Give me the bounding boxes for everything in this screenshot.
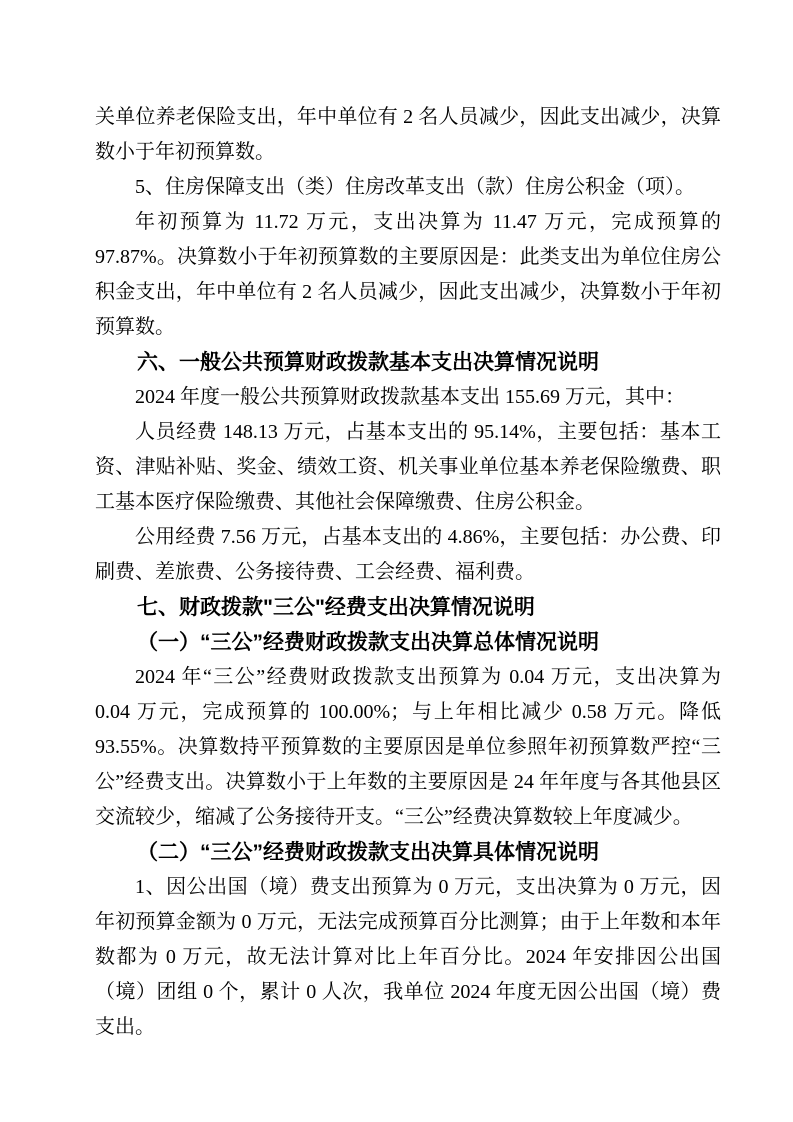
heading-section-7-three-public-funds: 七、财政拨款"三公"经费支出决算情况说明 — [95, 590, 721, 625]
heading-section-6-basic-expenditure: 六、一般公共预算财政拨款基本支出决算情况说明 — [95, 345, 721, 380]
para-housing-fund-detail: 年初预算为 11.72 万元，支出决算为 11.47 万元，完成预算的 97.8… — [95, 205, 721, 345]
para-public-operating-expense: 公用经费 7.56 万元，占基本支出的 4.86%，主要包括：办公费、印刷费、差… — [95, 520, 721, 590]
document-page: 关单位养老保险支出，年中单位有 2 名人员减少，因此支出减少，决算数小于年初预算… — [0, 0, 793, 1122]
para-basic-expenditure-total: 2024 年度一般公共预算财政拨款基本支出 155.69 万元，其中： — [95, 380, 721, 415]
document-body: 关单位养老保险支出，年中单位有 2 名人员减少，因此支出减少，决算数小于年初预算… — [95, 100, 721, 1045]
para-housing-security-item: 5、住房保障支出（类）住房改革支出（款）住房公积金（项）。 — [95, 170, 721, 205]
para-three-public-overall-detail: 2024 年“三公”经费财政拨款支出预算为 0.04 万元，支出决算为 0.04… — [95, 660, 721, 835]
heading-section-7-2-specific: （二）“三公”经费财政拨款支出决算具体情况说明 — [95, 835, 721, 870]
para-pension-expense-continuation: 关单位养老保险支出，年中单位有 2 名人员减少，因此支出减少，决算数小于年初预算… — [95, 100, 721, 170]
para-personnel-expense: 人员经费 148.13 万元，占基本支出的 95.14%，主要包括：基本工资、津… — [95, 415, 721, 520]
para-overseas-travel-expense: 1、因公出国（境）费支出预算为 0 万元，支出决算为 0 万元，因年初预算金额为… — [95, 870, 721, 1045]
heading-section-7-1-overall: （一）“三公”经费财政拨款支出决算总体情况说明 — [95, 625, 721, 660]
